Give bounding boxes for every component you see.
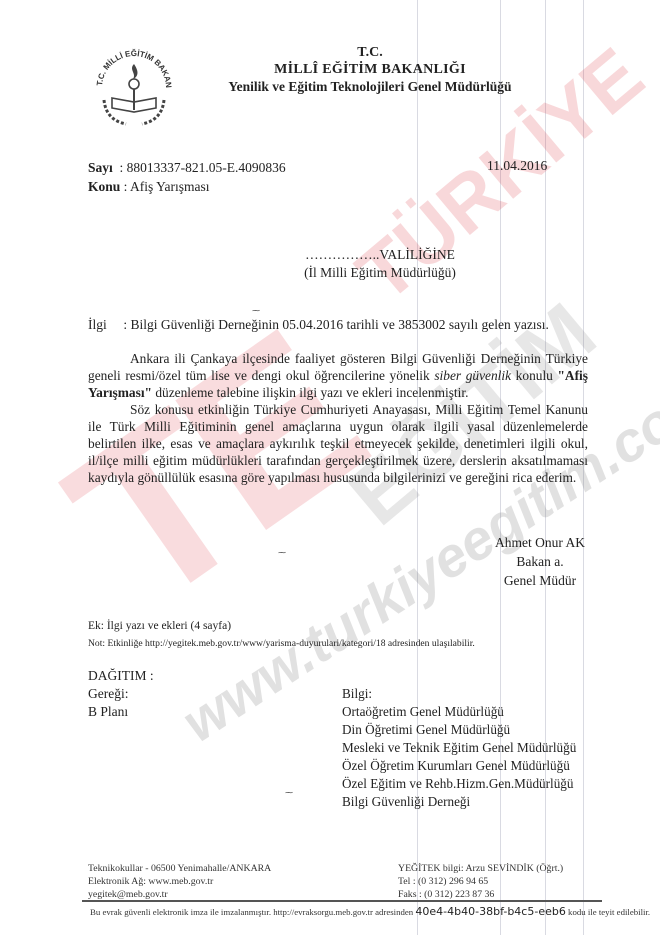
geregi-label: Gereği: — [88, 685, 154, 703]
addressee-line2: (İl Milli Eğitim Müdürlüğü) — [200, 264, 560, 282]
verification-code: 40e4-4b40-38bf-b4c5-eeb6 — [415, 905, 565, 918]
letterhead-tc: T.C. — [190, 44, 550, 61]
verification-line: Bu evrak güvenli elektronik imza ile imz… — [90, 905, 650, 918]
ministry-seal-icon: T.C. MİLLİ EĞİTİM BAKANLIĞI — [88, 38, 180, 130]
addressee-line1: ……………..VALİLİĞİNE — [200, 246, 560, 264]
konu-value: : Afiş Yarışması — [124, 179, 210, 194]
footer-tel: Tel : (0 312) 296 94 65 — [398, 875, 563, 888]
paragraph-2: Söz konusu etkinliğin Türkiye Cumhuriyet… — [88, 401, 588, 486]
bilgi-item: Din Öğretimi Genel Müdürlüğü — [342, 721, 576, 739]
distribution-title: DAĞITIM : — [88, 667, 154, 685]
bilgi-item: Mesleki ve Teknik Eğitim Genel Müdürlüğü — [342, 739, 576, 757]
reference-text: : Bilgi Güvenliği Derneğinin 05.04.2016 … — [123, 317, 549, 332]
reference-line: İlgi : Bilgi Güvenliği Derneğinin 05.04.… — [88, 317, 549, 333]
sayi-value: : 88013337-821.05-E.4090836 — [120, 160, 286, 175]
distribution-right: Bilgi: Ortaöğretim Genel Müdürlüğü Din Ö… — [342, 685, 576, 811]
geregi-item: B Planı — [88, 703, 154, 721]
addressee: ……………..VALİLİĞİNE (İl Milli Eğitim Müdür… — [200, 246, 560, 282]
letterhead-directorate: Yenilik ve Eğitim Teknolojileri Genel Mü… — [190, 78, 550, 95]
paraf-mark: ⁓ — [252, 306, 260, 315]
bilgi-item: Ortaöğretim Genel Müdürlüğü — [342, 703, 576, 721]
verification-text: Bu evrak güvenli elektronik imza ile imz… — [90, 907, 413, 917]
paraf-mark: ⁓ — [278, 548, 286, 557]
paragraph-1: Ankara ili Çankaya ilçesinde faaliyet gö… — [88, 350, 588, 401]
bilgi-item: Özel Eğitim ve Rehb.Hizm.Gen.Müdürlüğü — [342, 775, 576, 793]
letterhead: T.C. MİLLÎ EĞİTİM BAKANLIĞI Yenilik ve E… — [190, 44, 550, 95]
signatory-title: Bakan a. — [480, 552, 600, 571]
document-page: TE TÜRKİYE EĞİTİM www.turkiyeegitim.com … — [0, 0, 660, 935]
letterhead-ministry: MİLLÎ EĞİTİM BAKANLIĞI — [190, 61, 550, 78]
document-meta: Sayı : 88013337-821.05-E.4090836 Konu : … — [88, 158, 286, 196]
konu-label: Konu — [88, 179, 120, 194]
attachment-note: Ek: İlgi yazı ve ekleri (4 sayfa) — [88, 620, 231, 632]
verification-suffix: kodu ile teyit edilebilir. — [568, 907, 650, 917]
footer-network: Elektronik Ağ: www.meb.gov.tr — [88, 875, 271, 888]
footer-contact: YEĞİTEK bilgi: Arzu SEVİNDİK (Öğrt.) — [398, 862, 563, 875]
signature-block: Ahmet Onur AK Bakan a. Genel Müdür — [480, 533, 600, 590]
signatory-name: Ahmet Onur AK — [480, 533, 600, 552]
sayi-label: Sayı — [88, 160, 113, 175]
footnote: Not: Etkinliğe http://yegitek.meb.gov.tr… — [88, 638, 475, 649]
footer-divider — [82, 900, 602, 902]
bilgi-item: Özel Öğretim Kurumları Genel Müdürlüğü — [342, 757, 576, 775]
paraf-mark: ⁓ — [285, 788, 293, 797]
distribution-left: DAĞITIM : Gereği: B Planı — [88, 667, 154, 721]
footer-contact-block: YEĞİTEK bilgi: Arzu SEVİNDİK (Öğrt.) Tel… — [398, 862, 563, 901]
reference-label: İlgi — [88, 317, 120, 333]
bilgi-label: Bilgi: — [342, 685, 576, 703]
bilgi-item: Bilgi Güvenliği Derneği — [342, 793, 576, 811]
letter-body: Ankara ili Çankaya ilçesinde faaliyet gö… — [88, 350, 588, 486]
footer-address: Teknikokullar - 06500 Yenimahalle/ANKARA — [88, 862, 271, 875]
footer-address-block: Teknikokullar - 06500 Yenimahalle/ANKARA… — [88, 862, 271, 901]
signatory-position: Genel Müdür — [480, 571, 600, 590]
document-date: 11.04.2016 — [487, 158, 547, 174]
